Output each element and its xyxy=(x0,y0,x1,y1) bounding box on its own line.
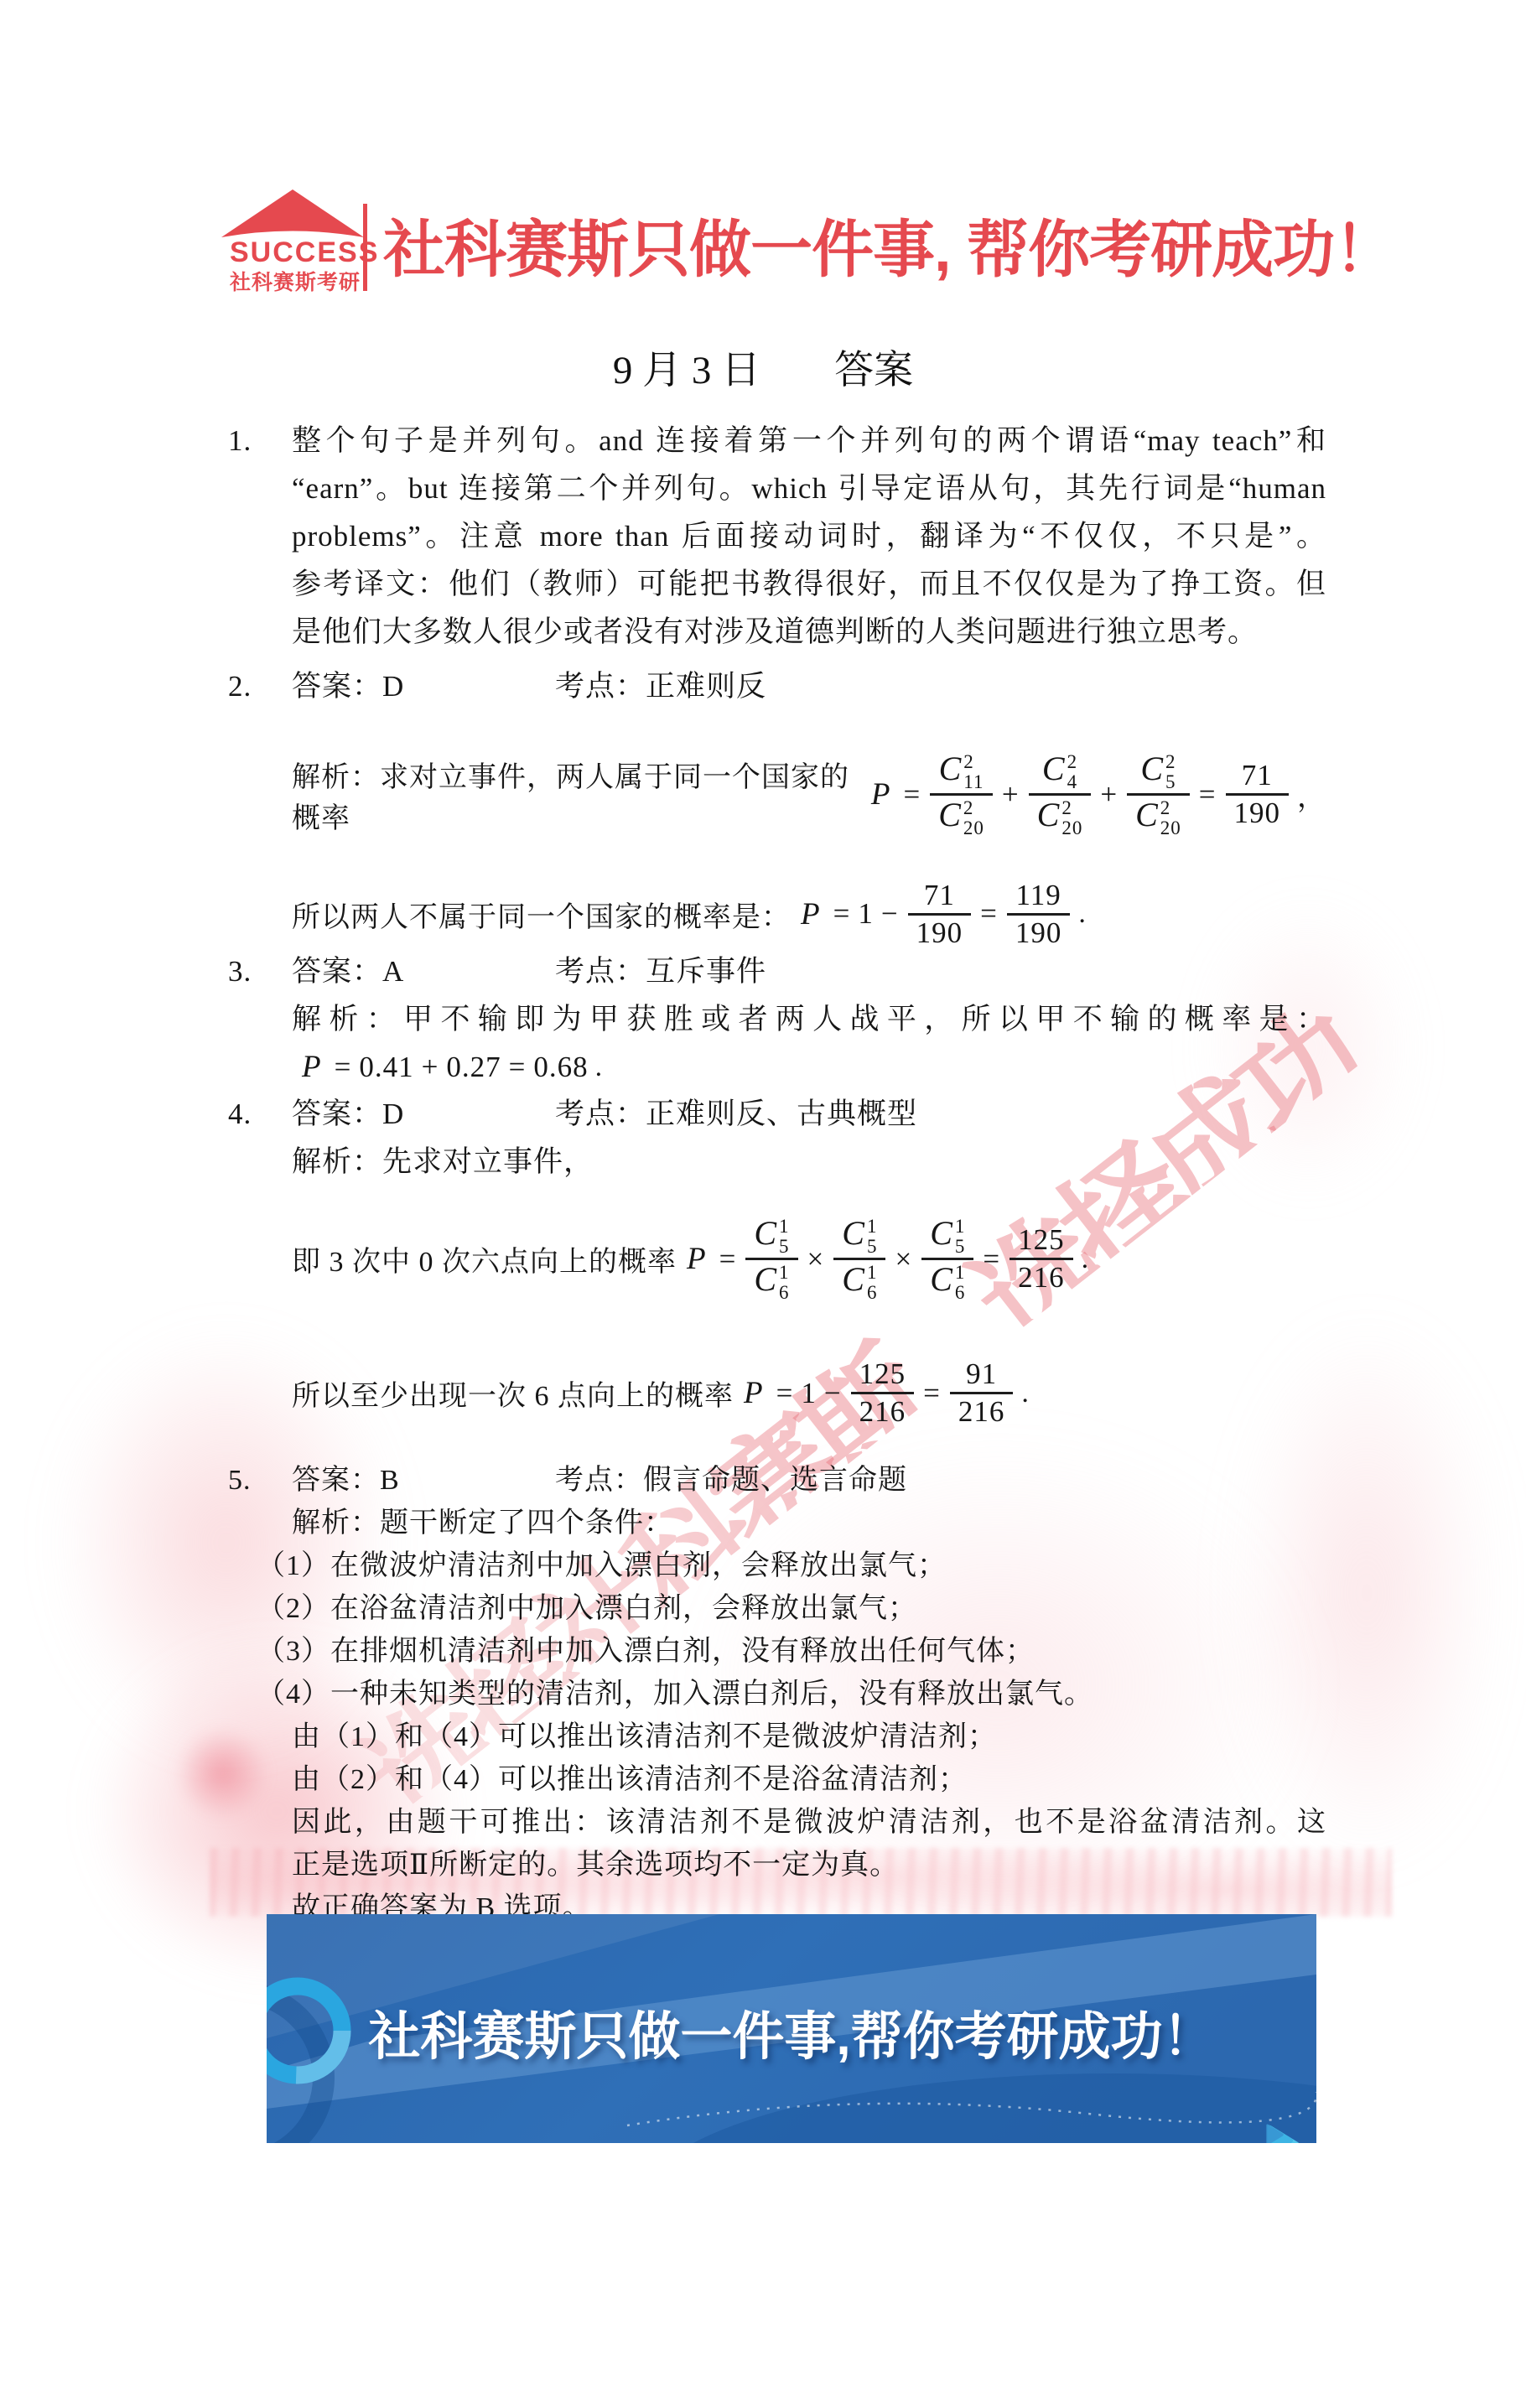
formula-token: 0.41 xyxy=(359,1051,413,1084)
formula-line: 解析：求对立事件，两人属于同一个国家的概率P=C211C220+C24C220+… xyxy=(226,717,1326,872)
combination-symbol: C220 xyxy=(938,797,984,838)
formula-token: ， xyxy=(1297,774,1326,815)
combination-symbol: C220 xyxy=(1037,797,1083,838)
formula-token: = xyxy=(980,897,998,931)
answer-row: 5. 答案：B 考点：假言命题、选言命题 xyxy=(226,1459,1326,1502)
formula-token: . xyxy=(1021,1378,1030,1409)
document-page: 选择社科赛斯，选择成功 SUCCESS 社科赛斯考研 社科赛斯只做一件事, 帮你… xyxy=(0,0,1526,2408)
formula-token: × xyxy=(895,1243,912,1276)
body-line: “earn”。but 连接第二个并列句。which 引导定语从句，其先行词是“h… xyxy=(226,464,1326,512)
combination-symbol: C16 xyxy=(842,1261,877,1303)
item-number: 5. xyxy=(228,1459,252,1502)
item-number: 3. xyxy=(228,947,252,995)
answer-item-1: 1. 整个句子是并列句。and 连接着第一个并列句的两个谓语“may teach… xyxy=(226,417,1326,656)
answer-label: 答案：A xyxy=(292,955,404,988)
fraction: 125216 xyxy=(851,1357,915,1430)
body-text: 整个句子是并列句。and 连接着第一个并列句的两个谓语“may teach”和 xyxy=(292,424,1326,457)
promo-banner: 社科赛斯只做一件事,帮你考研成功！ xyxy=(267,1914,1316,2143)
formula-token: P xyxy=(871,776,891,812)
formula-token: = xyxy=(983,1243,1000,1276)
combination-symbol: C15 xyxy=(754,1215,789,1257)
answer-item-2: 2. 答案：D 考点：正难则反 解析：求对立事件，两人属于同一个国家的概率P=C… xyxy=(226,662,1326,956)
formula-token: . xyxy=(1078,898,1087,930)
condition-line: （4）一种未知类型的清洁剂，加入漂白剂后，没有释放出氯气。 xyxy=(191,1673,1326,1715)
topic-label: 考点：假言命题、选言命题 xyxy=(555,1459,907,1502)
formula-line: P=0.41+0.27=0.68. xyxy=(226,1043,1326,1091)
formula-token: 1 xyxy=(858,897,874,931)
title-word: 答案 xyxy=(834,339,913,395)
formula-token: P xyxy=(687,1241,707,1277)
formula-token: 解析：求对立事件，两人属于同一个国家的概率 xyxy=(292,754,861,836)
formula-token: 即 3 次中 0 次六点向上的概率 xyxy=(292,1238,677,1279)
formula-token: − xyxy=(824,1377,842,1410)
formula-token: . xyxy=(1082,1243,1090,1275)
topic-label: 考点：正难则反、古典概型 xyxy=(555,1090,917,1138)
formula-token: 1 xyxy=(801,1377,817,1410)
combination-symbol: C16 xyxy=(930,1261,965,1303)
fraction: C25C220 xyxy=(1127,750,1190,840)
fraction: C24C220 xyxy=(1029,750,1092,840)
formula-token: = xyxy=(833,897,851,931)
item-number: 2. xyxy=(228,662,252,710)
combination-symbol: C25 xyxy=(1140,750,1176,792)
formula-token: × xyxy=(807,1243,825,1276)
formula-token: − xyxy=(881,897,899,931)
body-line: 正是选项Ⅱ所断定的。其余选项均不一定为真。 xyxy=(226,1844,1326,1886)
topic-label: 考点：互斥事件 xyxy=(555,947,766,995)
formula-token: . xyxy=(595,1051,604,1083)
formula-token: = xyxy=(923,1377,941,1410)
combination-symbol: C15 xyxy=(930,1215,965,1257)
answer-item-5: 5. 答案：B 考点：假言命题、选言命题 解析：题干断定了四个条件： （1）在微… xyxy=(226,1459,1326,1929)
fraction: 71190 xyxy=(1226,758,1290,831)
body-line: problems”。注意 more than 后面接动词时，翻译为“不仅仅，不只… xyxy=(226,512,1326,560)
play-arrow-icon xyxy=(1264,2123,1285,2143)
combination-symbol: C16 xyxy=(754,1261,789,1303)
fraction: C211C220 xyxy=(930,750,993,840)
header-slogan: 社科赛斯只做一件事, 帮你考研成功！ xyxy=(383,206,1339,297)
condition-line: （2）在浴盆清洁剂中加入漂白剂，会释放出氯气； xyxy=(191,1587,1326,1630)
combination-symbol: C220 xyxy=(1135,797,1181,838)
formula-token: = xyxy=(903,778,921,812)
logo-sub-text: 社科赛斯考研 xyxy=(230,266,361,296)
formula-token: = xyxy=(776,1377,794,1410)
fraction: 125216 xyxy=(1010,1222,1073,1295)
body-line: 1. 整个句子是并列句。and 连接着第一个并列句的两个谓语“may teach… xyxy=(226,417,1326,464)
condition-line: （3）在排烟机清洁剂中加入漂白剂，没有释放出任何气体； xyxy=(191,1630,1326,1673)
formula-token: 0.27 xyxy=(446,1051,501,1084)
fraction: 91216 xyxy=(950,1357,1014,1430)
formula-token: = xyxy=(719,1243,737,1276)
body-line: 参考译文：他们（教师）可能把书教得很好，而且不仅仅是为了挣工资。但 xyxy=(226,560,1326,608)
topic-label: 考点：正难则反 xyxy=(555,662,766,710)
answer-row: 3. 答案：A 考点：互斥事件 xyxy=(226,947,1326,995)
body-line: 是他们大多数人很少或者没有对涉及道德判断的人类问题进行独立思考。 xyxy=(226,608,1326,656)
formula-token: P xyxy=(302,1049,322,1085)
body-line: 因此，由题干可推出：该清洁剂不是微波炉清洁剂，也不是浴盆清洁剂。这 xyxy=(226,1801,1326,1844)
success-logo: SUCCESS 社科赛斯考研 xyxy=(220,188,366,293)
formula-token: P xyxy=(801,896,821,932)
item-number: 1. xyxy=(228,417,252,464)
answer-item-3: 3. 答案：A 考点：互斥事件 解析：甲不输即为甲获胜或者两人战平，所以甲不输的… xyxy=(226,947,1326,1091)
formula-line: 所以两人不属于同一个国家的概率是：P=1−71190=119190. xyxy=(226,872,1326,956)
item-number: 4. xyxy=(228,1090,252,1138)
body-line: 解析：先求对立事件， xyxy=(226,1138,1326,1186)
formula-token: 所以至少出现一次 6 点向上的概率 xyxy=(292,1373,734,1414)
formula-token: + xyxy=(1100,778,1118,812)
roof-triangle-icon xyxy=(221,189,364,240)
answer-label: 答案：D xyxy=(292,670,404,703)
fraction: 71190 xyxy=(908,878,972,951)
answer-label: 答案：B xyxy=(292,1465,400,1496)
answer-item-4: 4. 答案：D 考点：正难则反、古典概型 解析：先求对立事件， 即 3 次中 0… xyxy=(226,1090,1326,1454)
title-date: 9 月 3 日 xyxy=(613,339,760,395)
formula-token: P xyxy=(744,1375,764,1411)
answer-row: 2. 答案：D 考点：正难则反 xyxy=(226,662,1326,710)
formula-token: = xyxy=(335,1051,352,1084)
formula-token: = xyxy=(509,1051,527,1084)
formula-token: + xyxy=(422,1051,439,1084)
fraction: 119190 xyxy=(1007,878,1071,951)
fraction: C15C16 xyxy=(833,1214,885,1305)
formula-line: 所以至少出现一次 6 点向上的概率P=1−125216=91216. xyxy=(226,1332,1326,1454)
condition-line: （1）在微波炉清洁剂中加入漂白剂，会释放出氯气； xyxy=(191,1544,1326,1587)
banner-slogan: 社科赛斯只做一件事,帮你考研成功！ xyxy=(267,1995,1316,2069)
answer-label: 答案：D xyxy=(292,1098,404,1130)
formula-token: + xyxy=(1002,778,1020,812)
logo-brand-text: SUCCESS xyxy=(230,236,379,269)
fraction: C15C16 xyxy=(745,1214,797,1305)
combination-symbol: C15 xyxy=(842,1215,877,1257)
formula-token: 所以两人不属于同一个国家的概率是： xyxy=(292,894,791,935)
body-line: 解析：甲不输即为甲获胜或者两人战平，所以甲不输的概率是： xyxy=(226,995,1326,1043)
answer-row: 4. 答案：D 考点：正难则反、古典概型 xyxy=(226,1090,1326,1138)
body-line: 由（2）和（4）可以推出该清洁剂不是浴盆清洁剂； xyxy=(226,1758,1326,1801)
combination-symbol: C211 xyxy=(939,750,984,792)
combination-symbol: C24 xyxy=(1042,750,1077,792)
header-divider xyxy=(363,204,367,291)
formula-token: = xyxy=(1199,778,1217,812)
body-line: 解析：题干断定了四个条件： xyxy=(226,1502,1326,1544)
page-title: 9 月 3 日 答案 xyxy=(0,339,1526,395)
formula-line: 即 3 次中 0 次六点向上的概率P=C15C16×C15C16×C15C16=… xyxy=(226,1186,1326,1332)
body-line: 由（1）和（4）可以推出该清洁剂不是微波炉清洁剂； xyxy=(226,1715,1326,1758)
formula-token: 0.68 xyxy=(533,1051,588,1084)
fraction: C15C16 xyxy=(921,1214,973,1305)
